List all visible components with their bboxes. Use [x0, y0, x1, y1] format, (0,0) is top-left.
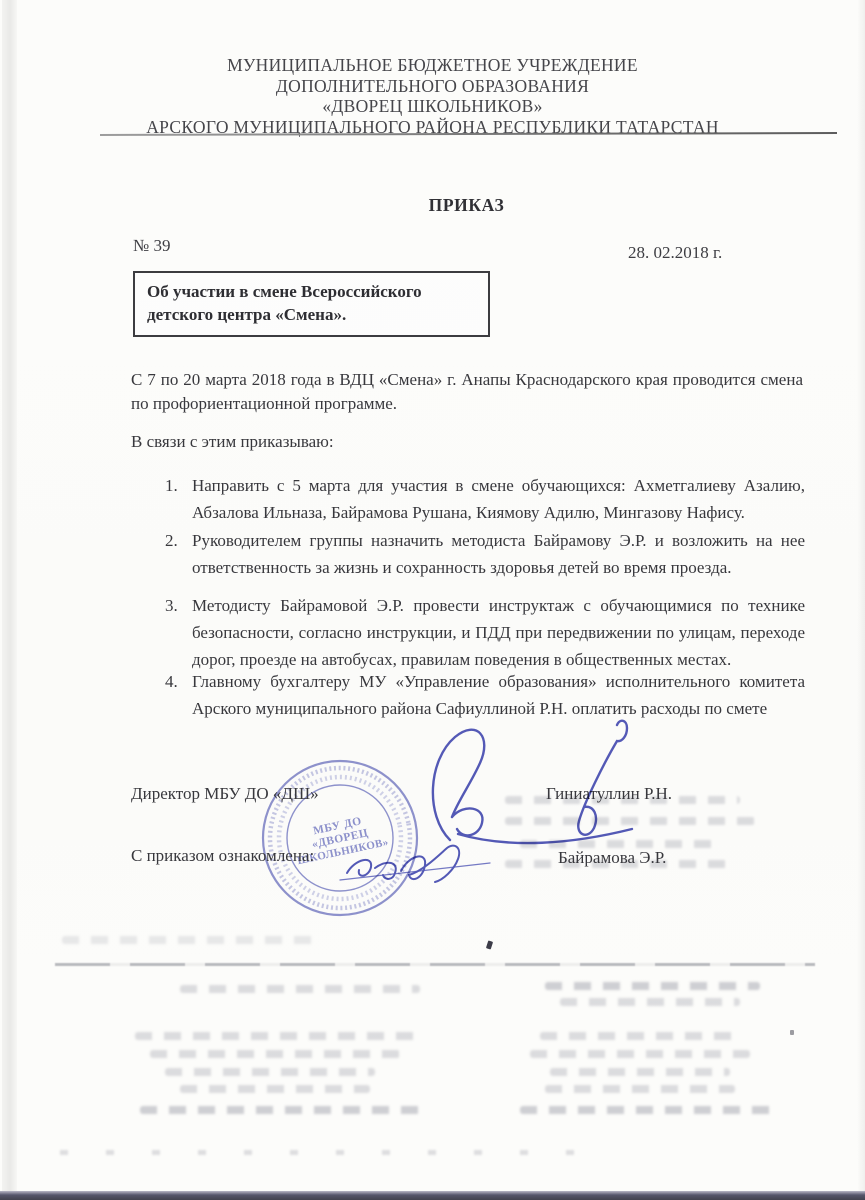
bleed-through-artifact — [520, 1106, 780, 1114]
order-date: 28. 02.2018 г. — [628, 243, 722, 263]
bleed-through-artifact — [545, 982, 760, 990]
ink-speck — [486, 940, 493, 949]
bleed-through-artifact — [545, 1085, 735, 1093]
letterhead: МУНИЦИПАЛЬНОЕ БЮДЖЕТНОЕ УЧРЕЖДЕНИЕ ДОПОЛ… — [0, 55, 865, 137]
bleed-through-artifact — [530, 1050, 750, 1058]
bleed-through-artifact — [135, 1032, 415, 1040]
order-item-1-number: 1. — [165, 472, 192, 526]
order-item-4-text: Главному бухгалтеру МУ «Управление образ… — [192, 668, 805, 722]
letterhead-line-3: «ДВОРЕЦ ШКОЛЬНИКОВ» — [0, 96, 865, 117]
bleed-through-artifact — [165, 1068, 375, 1076]
acknowledged-signature-ink — [335, 835, 525, 895]
order-item-3: 3. Методисту Байрамовой Э.Р. провести ин… — [165, 592, 805, 673]
bleed-through-artifact — [62, 936, 322, 944]
intro-paragraph: С 7 по 20 марта 2018 года в ВДЦ «Смена» … — [131, 368, 803, 416]
bleed-through-artifact — [540, 1032, 740, 1040]
order-item-1: 1. Направить с 5 марта для участия в сме… — [165, 472, 805, 526]
order-item-4: 4. Главному бухгалтеру МУ «Управление об… — [165, 668, 805, 722]
bleed-through-dots — [60, 1150, 580, 1155]
order-item-3-text: Методисту Байрамовой Э.Р. провести инстр… — [192, 592, 805, 673]
letterhead-line-2: ДОПОЛНИТЕЛЬНОГО ОБРАЗОВАНИЯ — [0, 76, 865, 97]
ink-speck — [790, 1030, 794, 1035]
scan-edge-bottom-bar — [0, 1191, 865, 1200]
order-item-2-text: Руководителем группы назначить методиста… — [192, 527, 805, 581]
order-lead-line: В связи с этим приказываю: — [131, 430, 803, 454]
letterhead-line-1: МУНИЦИПАЛЬНОЕ БЮДЖЕТНОЕ УЧРЕЖДЕНИЕ — [0, 55, 865, 76]
bleed-through-artifact — [550, 1068, 730, 1076]
bleed-through-artifact — [180, 985, 420, 993]
director-role-label: Директор МБУ ДО «ДШ» — [131, 784, 319, 804]
subject-box: Об участии в смене Всероссийского детско… — [133, 271, 490, 337]
order-item-2: 2. Руководителем группы назначить методи… — [165, 527, 805, 581]
scan-edge-right — [857, 0, 865, 1200]
order-item-3-number: 3. — [165, 592, 192, 673]
subject-line-2: детского центра «Смена». — [147, 303, 476, 326]
acknowledged-role-label: С приказом ознакомлена: — [131, 846, 314, 866]
scanned-order-document: МУНИЦИПАЛЬНОЕ БЮДЖЕТНОЕ УЧРЕЖДЕНИЕ ДОПОЛ… — [0, 0, 865, 1200]
order-item-1-text: Направить с 5 марта для участия в смене … — [192, 472, 805, 526]
bleed-through-artifact — [150, 1050, 400, 1058]
order-item-4-number: 4. — [165, 668, 192, 722]
order-item-2-number: 2. — [165, 527, 192, 581]
bleed-through-artifact — [140, 1106, 420, 1114]
scan-fold-line — [55, 963, 815, 966]
order-number: № 39 — [133, 236, 170, 256]
bleed-through-artifact — [560, 998, 740, 1006]
bleed-through-artifact — [180, 1085, 370, 1093]
scan-edge-left — [2, 0, 17, 1200]
document-type-heading: ПРИКАЗ — [133, 195, 800, 216]
subject-line-1: Об участии в смене Всероссийского — [147, 280, 476, 303]
